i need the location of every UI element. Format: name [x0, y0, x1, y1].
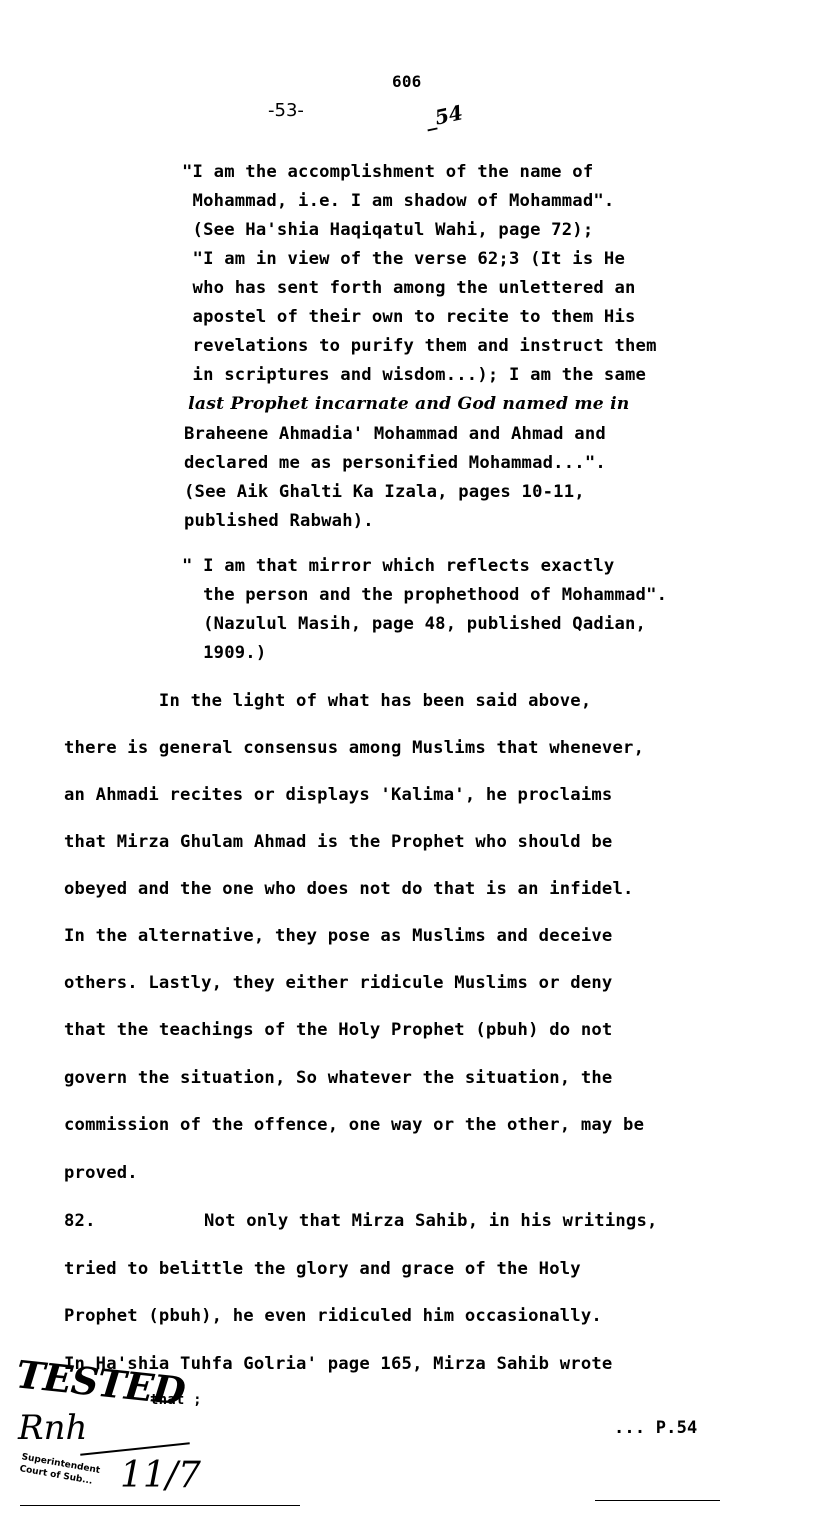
body-line: there is general consensus among Muslims… — [64, 738, 644, 758]
quote-line: (See Aik Ghalti Ka Izala, pages 10-11, — [184, 482, 585, 502]
body-line: govern the situation, So whatever the si… — [64, 1068, 612, 1088]
paragraph-number: 82. — [64, 1211, 96, 1231]
quote-line-italic: last Prophet incarnate and God named me … — [182, 394, 630, 414]
quote-line: apostel of their own to recite to them H… — [182, 307, 636, 327]
body-line: obeyed and the one who does not do that … — [64, 879, 634, 899]
continuation-marker: ... P.54 — [614, 1418, 697, 1438]
stamp-number: 606 — [392, 72, 422, 91]
quote-line: (See Ha'shia Haqiqatul Wahi, page 72); — [182, 220, 593, 240]
quote-line: " I am that mirror which reflects exactl… — [182, 556, 614, 576]
body-line: that Mirza Ghulam Ahmad is the Prophet w… — [64, 832, 612, 852]
quote-line: "I am in view of the verse 62;3 (It is H… — [182, 249, 625, 269]
quote-line: declared me as personified Mohammad...". — [184, 453, 606, 473]
quote-line: revelations to purify them and instruct … — [182, 336, 657, 356]
body-line: proved. — [64, 1163, 138, 1183]
body-line: In the alternative, they pose as Muslims… — [64, 926, 612, 946]
handwritten-page-value: 54 — [433, 100, 465, 129]
quote-line: who has sent forth among the unlettered … — [182, 278, 636, 298]
body-line: others. Lastly, they either ridicule Mus… — [64, 973, 612, 993]
bottom-rule — [595, 1500, 720, 1501]
quote-line: Braheene Ahmadia' Mohammad and Ahmad and — [184, 424, 606, 444]
document-page: 606 -53- _54 "I am the accomplishment of… — [0, 0, 840, 1540]
stamp-date: 11/7 — [120, 1455, 201, 1496]
body-line: commission of the offence, one way or th… — [64, 1115, 644, 1135]
quote-line: (Nazulul Masih, page 48, published Qadia… — [182, 614, 646, 634]
body-line: tried to belittle the glory and grace of… — [64, 1259, 581, 1279]
bottom-rule-left — [20, 1505, 300, 1506]
signature: Rnh — [18, 1408, 87, 1448]
body-line: Not only that Mirza Sahib, in his writin… — [204, 1211, 658, 1231]
quote-line: 1909.) — [182, 643, 266, 663]
body-line: an Ahmadi recites or displays 'Kalima', … — [64, 785, 612, 805]
body-line: Prophet (pbuh), he even ridiculed him oc… — [64, 1306, 602, 1326]
handwritten-page-number: _54 — [423, 100, 465, 131]
stamp-office: Superintendent Court of Sub... — [19, 1451, 101, 1488]
quote-line: in scriptures and wisdom...); I am the s… — [182, 365, 646, 385]
quote-line: Mohammad, i.e. I am shadow of Mohammad". — [182, 191, 614, 211]
page-number: -53- — [268, 100, 304, 121]
quote-line: published Rabwah). — [184, 511, 374, 531]
body-line: that the teachings of the Holy Prophet (… — [64, 1020, 612, 1040]
body-line: In the light of what has been said above… — [64, 691, 591, 711]
quote-line: the person and the prophethood of Mohamm… — [182, 585, 667, 605]
quote-line: "I am the accomplishment of the name of — [182, 162, 593, 182]
signature-stroke — [80, 1442, 190, 1455]
